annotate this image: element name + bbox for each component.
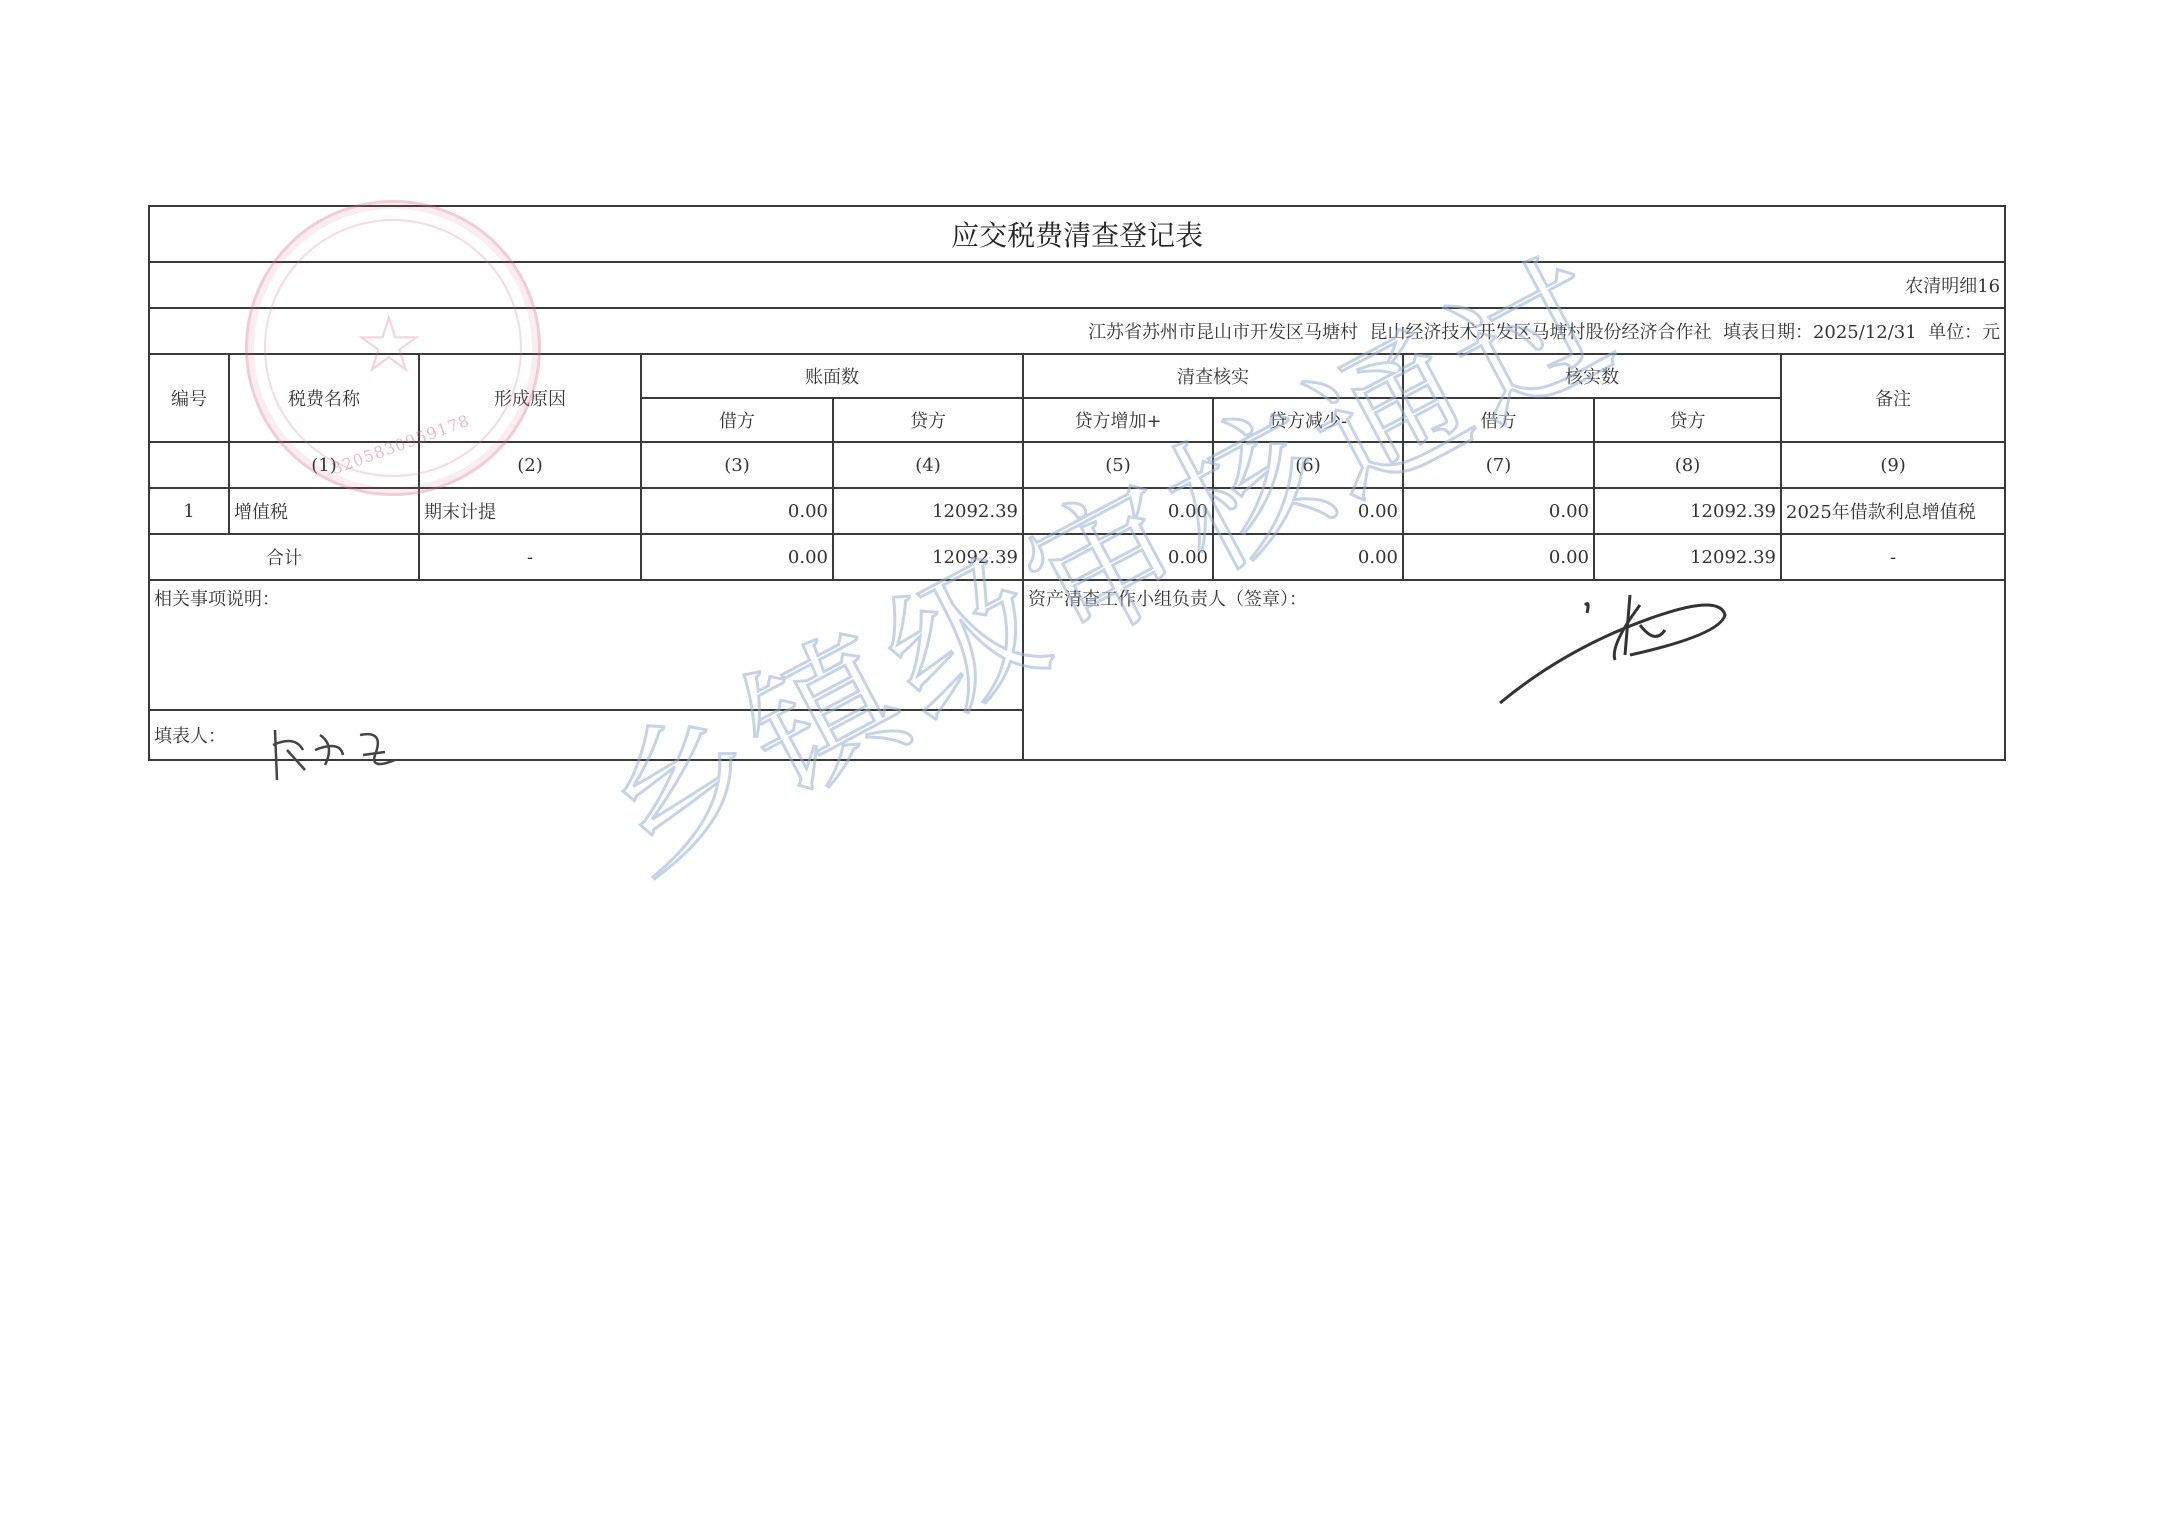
index-cell: (8) xyxy=(1594,442,1781,488)
cell-no: 1 xyxy=(149,488,229,534)
cell-book-debit: 0.00 xyxy=(641,488,833,534)
header-actual-debit: 借方 xyxy=(1403,398,1594,442)
info-line: 江苏省苏州市昆山市开发区马塘村 昆山经济技术开发区马塘村股份经济合作社 填表日期… xyxy=(149,308,2005,354)
total-actual-credit: 12092.39 xyxy=(1594,534,1781,580)
index-cell: (9) xyxy=(1781,442,2005,488)
header-book-debit: 借方 xyxy=(641,398,833,442)
header-verify: 清查核实 xyxy=(1023,354,1403,398)
index-cell: (7) xyxy=(1403,442,1594,488)
header-remark: 备注 xyxy=(1781,354,2005,442)
index-row: (1) (2) (3) (4) (5) (6) (7) (8) (9) xyxy=(149,442,2005,488)
cell-remark: 2025年借款利息增值税 xyxy=(1781,488,2005,534)
total-credit-decrease: 0.00 xyxy=(1213,534,1403,580)
total-actual-debit: 0.00 xyxy=(1403,534,1594,580)
index-cell: (6) xyxy=(1213,442,1403,488)
header-actual-credit: 贷方 xyxy=(1594,398,1781,442)
header-book-credit: 贷方 xyxy=(833,398,1023,442)
cell-credit-decrease: 0.00 xyxy=(1213,488,1403,534)
page-title: 应交税费清查登记表 xyxy=(149,206,2005,262)
total-book-credit: 12092.39 xyxy=(833,534,1023,580)
table-row: 1 增值税 期末计提 0.00 12092.39 0.00 0.00 0.00 … xyxy=(149,488,2005,534)
total-label: 合计 xyxy=(149,534,419,580)
header-actual: 核实数 xyxy=(1403,354,1781,398)
index-cell: (3) xyxy=(641,442,833,488)
cell-book-credit: 12092.39 xyxy=(833,488,1023,534)
cell-actual-debit: 0.00 xyxy=(1403,488,1594,534)
form-code: 农清明细16 xyxy=(149,262,2005,308)
index-cell xyxy=(149,442,229,488)
header-book: 账面数 xyxy=(641,354,1023,398)
index-cell: (5) xyxy=(1023,442,1213,488)
notes-label: 相关事项说明： xyxy=(149,580,1023,710)
header-credit-decrease: 贷方减少- xyxy=(1213,398,1403,442)
index-cell: (4) xyxy=(833,442,1023,488)
total-row: 合计 - 0.00 12092.39 0.00 0.00 0.00 12092.… xyxy=(149,534,2005,580)
header-tax-name: 税费名称 xyxy=(229,354,419,442)
index-cell: (2) xyxy=(419,442,641,488)
tax-register-form: 应交税费清查登记表 农清明细16 江苏省苏州市昆山市开发区马塘村 昆山经济技术开… xyxy=(148,205,2004,761)
header-credit-increase: 贷方增加+ xyxy=(1023,398,1213,442)
total-remark: - xyxy=(1781,534,2005,580)
leader-signature-label: 资产清查工作小组负责人（签章）： xyxy=(1023,580,2005,760)
header-no: 编号 xyxy=(149,354,229,442)
total-reason: - xyxy=(419,534,641,580)
header-reason: 形成原因 xyxy=(419,354,641,442)
cell-actual-credit: 12092.39 xyxy=(1594,488,1781,534)
cell-tax-name: 增值税 xyxy=(229,488,419,534)
total-book-debit: 0.00 xyxy=(641,534,833,580)
tax-register-table: 应交税费清查登记表 农清明细16 江苏省苏州市昆山市开发区马塘村 昆山经济技术开… xyxy=(148,205,2006,761)
index-cell: (1) xyxy=(229,442,419,488)
total-credit-increase: 0.00 xyxy=(1023,534,1213,580)
filler-label: 填表人： xyxy=(149,710,1023,760)
cell-reason: 期末计提 xyxy=(419,488,641,534)
cell-credit-increase: 0.00 xyxy=(1023,488,1213,534)
